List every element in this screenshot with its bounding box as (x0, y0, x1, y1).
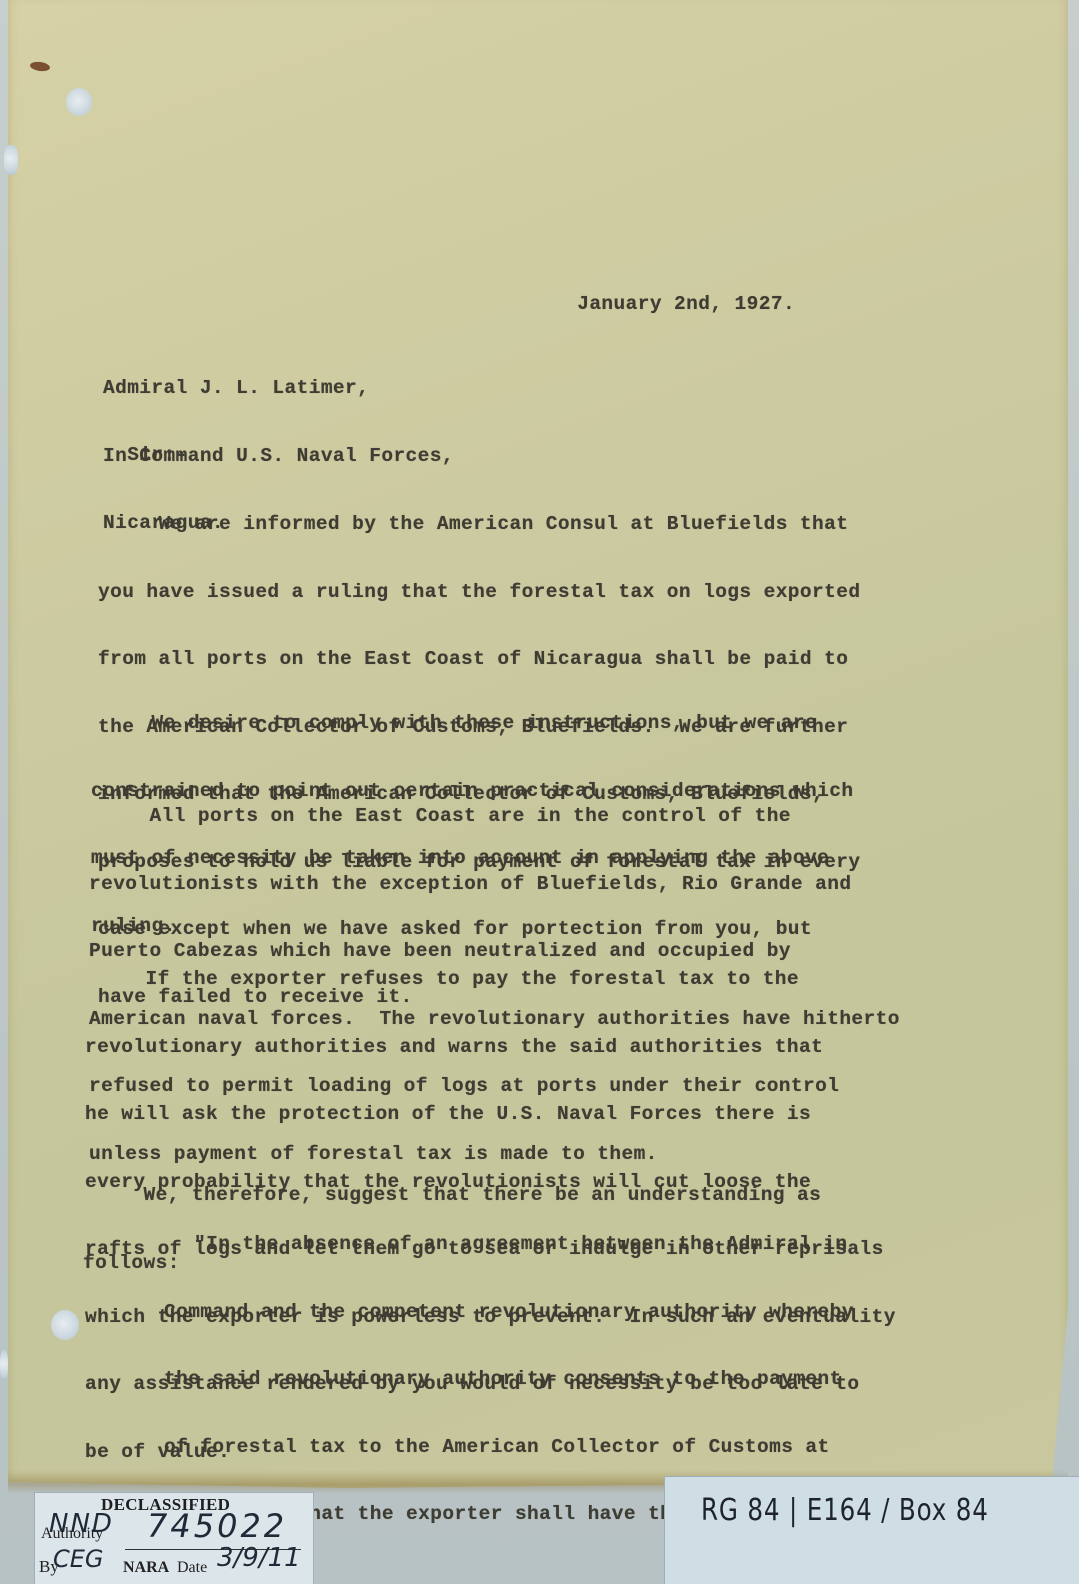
archive-reference-card: RG 84 | E164 / Box 84 (664, 1476, 1079, 1584)
salutation-text: Sir:- (127, 444, 188, 466)
punch-hole-edge-top (4, 145, 18, 175)
body-line: If the exporter refuses to pay the fores… (85, 968, 896, 992)
quote-line: Command and the competent revolutionary … (164, 1301, 866, 1325)
stamp-agency: NARA (123, 1559, 169, 1577)
body-line: All ports on the East Coast are in the c… (89, 805, 900, 829)
declassification-stamp: DECLASSIFIED Authority NND 745022 By CEG… (34, 1492, 314, 1584)
letter-date: January 2nd, 1927. (553, 271, 795, 315)
stamp-authority-prefix: NND (49, 1509, 114, 1539)
body-line: revolutionary authorities and warns the … (85, 1036, 896, 1060)
salutation: Sir:- (103, 422, 188, 466)
archive-reference-text: RG 84 | E164 / Box 84 (701, 1493, 989, 1528)
body-line: We desire to comply with these instructi… (91, 712, 853, 736)
stamp-date-value: 3/9/11 (217, 1543, 301, 1573)
body-line: revolutionists with the exception of Blu… (89, 873, 900, 897)
recipient-line: Admiral J. L. Latimer, (103, 377, 454, 401)
quote-line: "In the absence of an agreement between … (194, 1233, 866, 1257)
stamp-date-label: Date (177, 1559, 207, 1577)
body-line: We are informed by the American Consul a… (98, 513, 860, 537)
body-line: he will ask the protection of the U.S. N… (85, 1103, 896, 1127)
punch-hole-top (66, 88, 92, 116)
punch-hole-edge-bottom (0, 1350, 8, 1380)
punch-hole-bottom (51, 1310, 79, 1340)
quote-line: the said revolutionary authority consent… (164, 1368, 866, 1392)
stamp-authority-number: 745022 (147, 1507, 287, 1545)
quote-line: of forestal tax to the American Collecto… (164, 1436, 866, 1460)
stamp-by-initials: CEG (53, 1545, 104, 1573)
date-text: January 2nd, 1927. (577, 293, 795, 315)
body-line: you have issued a ruling that the forest… (98, 581, 860, 605)
